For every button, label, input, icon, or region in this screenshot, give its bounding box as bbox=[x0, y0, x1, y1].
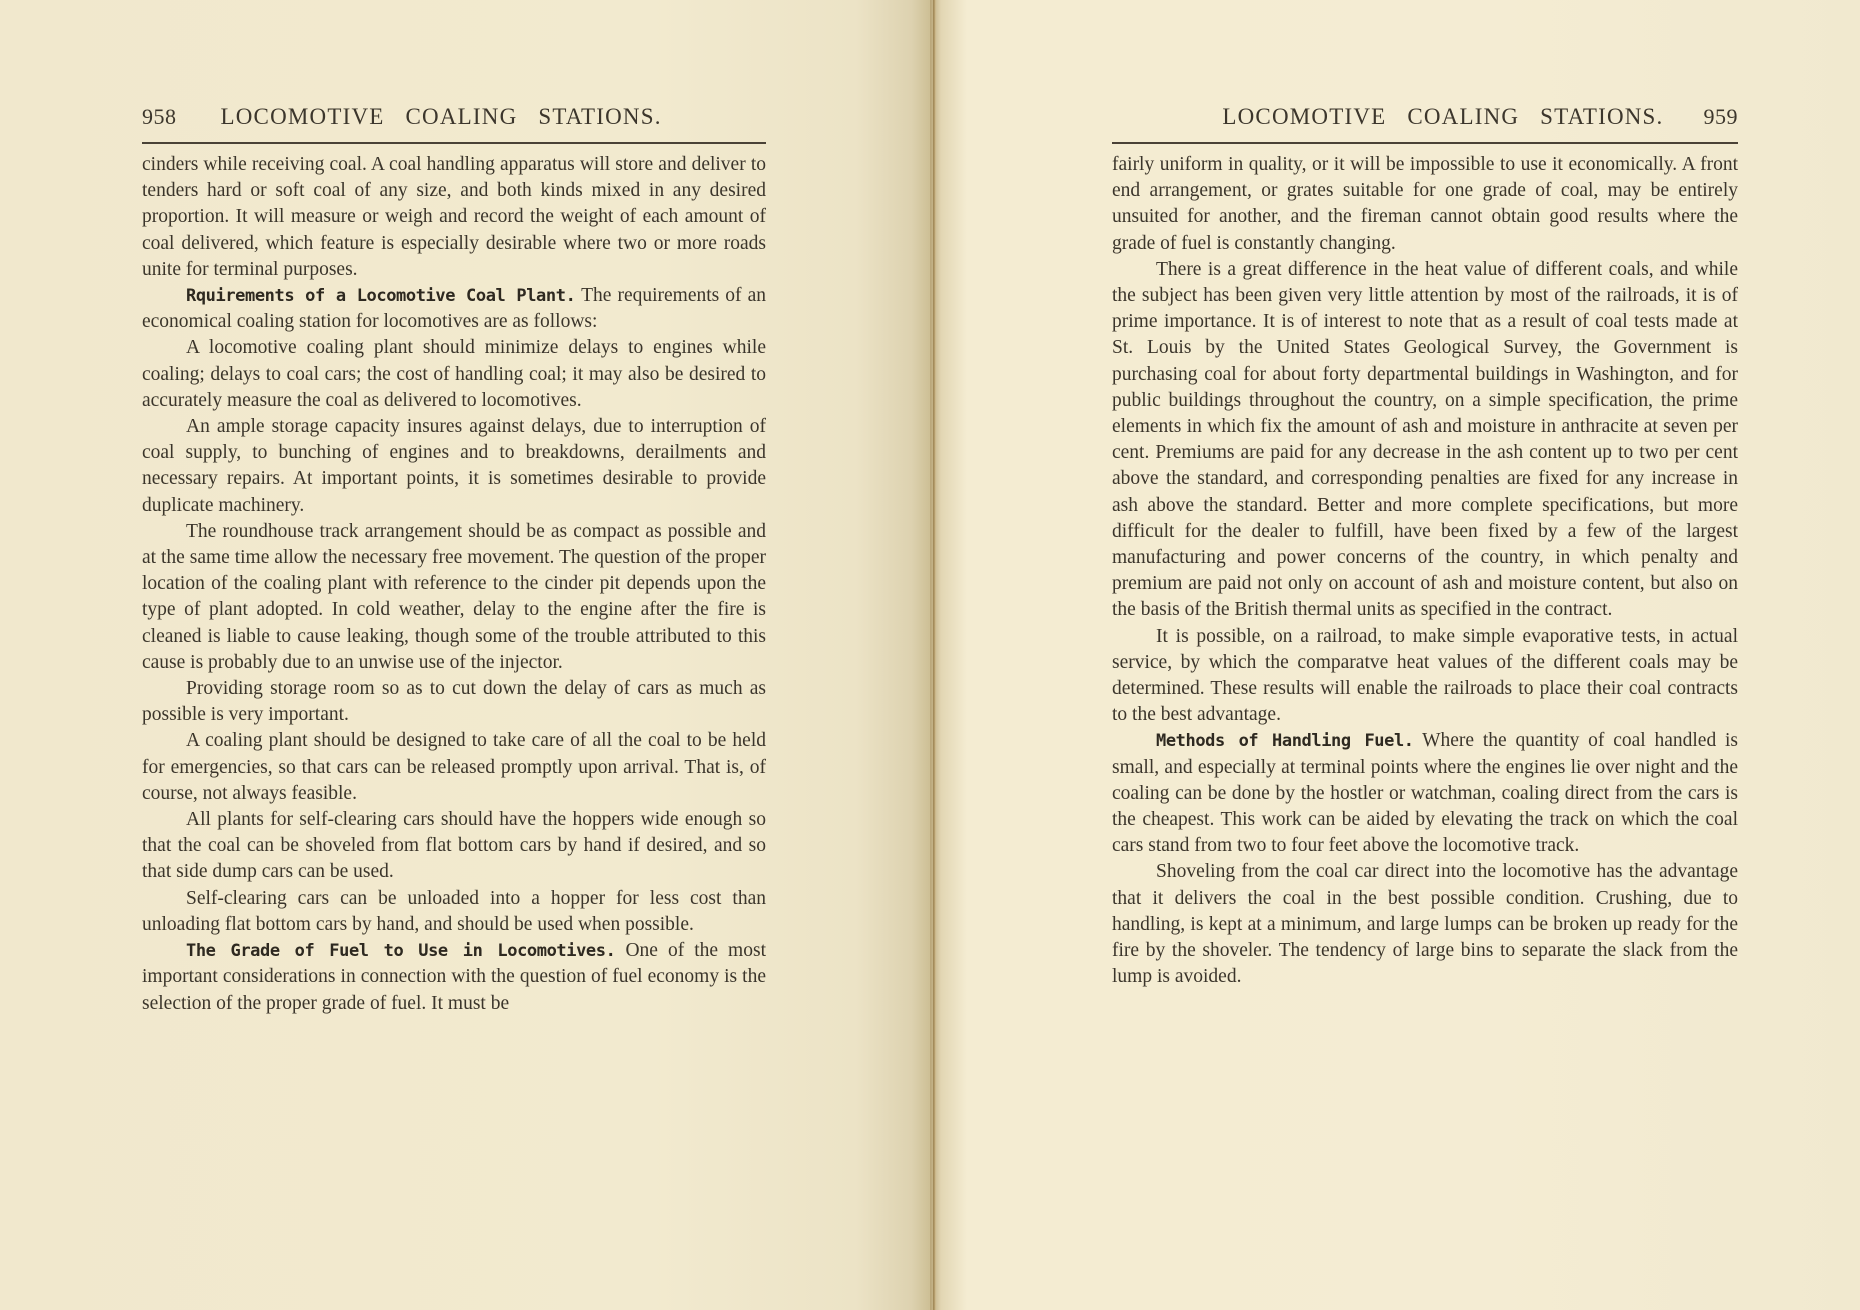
paragraph: A locomotive coaling plant should minimi… bbox=[142, 335, 766, 414]
paragraph: The roundhouse track arrangement should … bbox=[142, 519, 766, 676]
section-heading: The Grade of Fuel to Use in Locomotives. bbox=[186, 941, 615, 961]
paragraph-text: The roundhouse track arrangement should … bbox=[142, 521, 766, 673]
paragraph-text: Self-clearing cars can be unloaded into … bbox=[142, 888, 766, 935]
right-running-title: LOCOMOTIVE COALING STATIONS. bbox=[1112, 104, 1704, 130]
paragraph-text: All plants for self-clearing cars should… bbox=[142, 809, 766, 882]
paragraph: Providing storage room so as to cut down… bbox=[142, 676, 766, 728]
paragraph-text: fairly uniform in quality, or it will be… bbox=[1112, 154, 1738, 254]
paragraph-text: It is possible, on a railroad, to make s… bbox=[1112, 626, 1738, 726]
paragraph: cinders while receiving coal. A coal han… bbox=[142, 152, 766, 283]
paragraph: A coaling plant should be designed to ta… bbox=[142, 728, 766, 807]
paragraph-text: An ample storage capacity insures agains… bbox=[142, 416, 766, 516]
paragraph: Methods of Handling Fuel. Where the quan… bbox=[1112, 728, 1738, 859]
paragraph-text: A locomotive coaling plant should minimi… bbox=[142, 337, 766, 410]
left-page-body: cinders while receiving coal. A coal han… bbox=[142, 152, 766, 1017]
left-page-number: 958 bbox=[142, 104, 177, 130]
paragraph-text: Providing storage room so as to cut down… bbox=[142, 678, 766, 725]
paragraph-text: There is a great difference in the heat … bbox=[1112, 259, 1738, 621]
right-page-body: fairly uniform in quality, or it will be… bbox=[1112, 152, 1738, 991]
book-spread: 958 LOCOMOTIVE COALING STATIONS. LOCOMOT… bbox=[0, 0, 1860, 1310]
paragraph-text: A coaling plant should be designed to ta… bbox=[142, 730, 766, 803]
paragraph: fairly uniform in quality, or it will be… bbox=[1112, 152, 1738, 257]
paragraph: Rquirements of a Locomotive Coal Plant. … bbox=[142, 283, 766, 335]
section-heading: Rquirements of a Locomotive Coal Plant. bbox=[186, 286, 575, 306]
right-running-head: LOCOMOTIVE COALING STATIONS. 959 bbox=[1112, 104, 1738, 136]
paragraph: The Grade of Fuel to Use in Locomotives.… bbox=[142, 938, 766, 1017]
left-running-head: 958 LOCOMOTIVE COALING STATIONS. bbox=[142, 104, 766, 136]
left-header-rule bbox=[142, 142, 766, 144]
left-running-title: LOCOMOTIVE COALING STATIONS. bbox=[221, 104, 662, 130]
paragraph: It is possible, on a railroad, to make s… bbox=[1112, 624, 1738, 729]
paragraph: All plants for self-clearing cars should… bbox=[142, 807, 766, 886]
paragraph: There is a great difference in the heat … bbox=[1112, 257, 1738, 624]
section-heading: Methods of Handling Fuel. bbox=[1156, 731, 1414, 751]
right-header-rule bbox=[1112, 142, 1738, 144]
paragraph-text: Shoveling from the coal car direct into … bbox=[1112, 861, 1738, 987]
paragraph: Shoveling from the coal car direct into … bbox=[1112, 859, 1738, 990]
paragraph: Self-clearing cars can be unloaded into … bbox=[142, 886, 766, 938]
book-gutter bbox=[933, 0, 936, 1310]
paragraph: An ample storage capacity insures agains… bbox=[142, 414, 766, 519]
paragraph-text: cinders while receiving coal. A coal han… bbox=[142, 154, 766, 280]
right-page-number: 959 bbox=[1704, 104, 1739, 130]
